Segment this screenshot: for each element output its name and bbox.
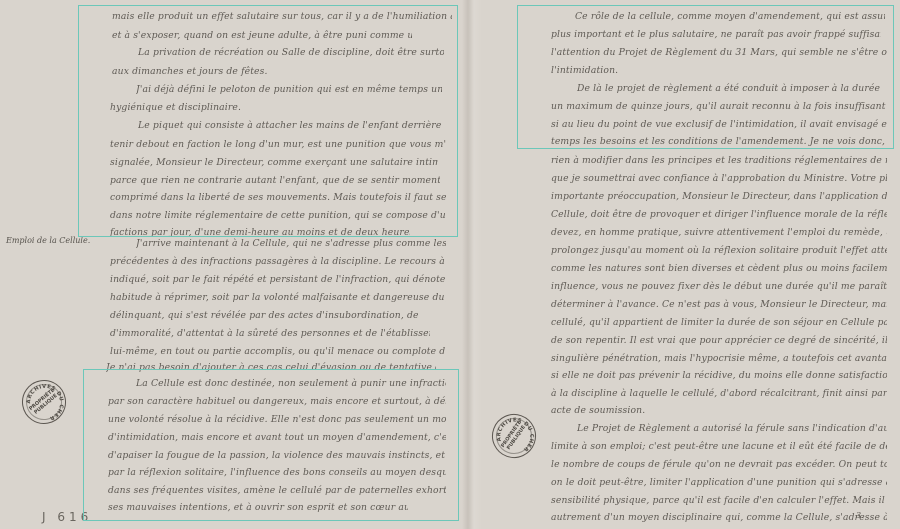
text-line: J'arrive maintenant à la Cellule, qui ne… [136,238,446,250]
text-line: précédentes à des infractions passagères… [110,256,446,268]
text-line: on le doit peut-être, limiter l'applicat… [551,477,887,489]
text-line: cellulé, qu'il appartient de limiter la … [551,317,887,329]
text-line: indiqué, soit par le fait répété et pers… [110,274,446,286]
text-line: influence, vous ne pouvez fixer dès le d… [551,281,887,293]
highlight-region-3[interactable] [517,5,894,149]
highlight-region-2[interactable] [83,369,459,521]
text-line: que je soumettrai avec confiance à l'app… [551,173,887,185]
archive-stamp: ARCHIVES DU CHER PROPRIÉTÉ PUBLIQUE [19,377,70,428]
text-line: habitude à réprimer, soit par la volonté… [110,292,446,304]
scanned-document: Emploi de la Cellule. mais elle produit … [0,0,900,529]
text-line: sensibilité physique, parce qu'il est fa… [551,495,887,507]
text-line: prolongez jusqu'au moment où la réflexio… [551,245,887,257]
archive-stamp: ARCHIVES DU CHER PROPRIÉTÉ PUBLIQUE [485,407,543,465]
text-line: si elle ne doit pas prévenir la récidive… [551,370,887,382]
text-line: autrement d'un moyen disciplinaire qui, … [551,512,887,524]
text-line: lui-même, en tout ou partie accomplis, o… [110,346,446,358]
text-line: à la discipline à laquelle le cellulé, d… [551,388,887,400]
text-line: rien à modifier dans les principes et le… [551,155,887,167]
page-number: 3. [856,511,864,520]
text-line: Cellule, doit être de provoquer et dirig… [551,209,887,221]
text-line: acte de soumission. [551,405,691,417]
text-line: singulière pénétration, mais l'hypocrisi… [551,353,887,365]
text-line: importante préoccupation, Monsieur le Di… [551,191,887,203]
text-line: déterminer à l'avance. Ce n'est pas à vo… [551,299,887,311]
margin-note: Emploi de la Cellule. [6,236,90,245]
text-line: délinquant, qui s'est révélée par des ac… [110,310,420,322]
text-line: devez, en homme pratique, suivre attenti… [551,227,887,239]
text-line: Le Projet de Règlement a autorisé la fér… [577,423,887,435]
text-line: d'immoralité, d'attentat à la sûreté des… [110,328,430,340]
text-line: de son repentir. Il est vrai que pour ap… [551,335,887,347]
text-line: le nombre de coups de férule qu'on ne de… [551,459,887,471]
text-line: comme les natures sont bien diverses et … [551,263,887,275]
text-line: limite à son emploi; c'est peut-être une… [551,441,887,453]
highlight-region-1[interactable] [78,5,458,237]
